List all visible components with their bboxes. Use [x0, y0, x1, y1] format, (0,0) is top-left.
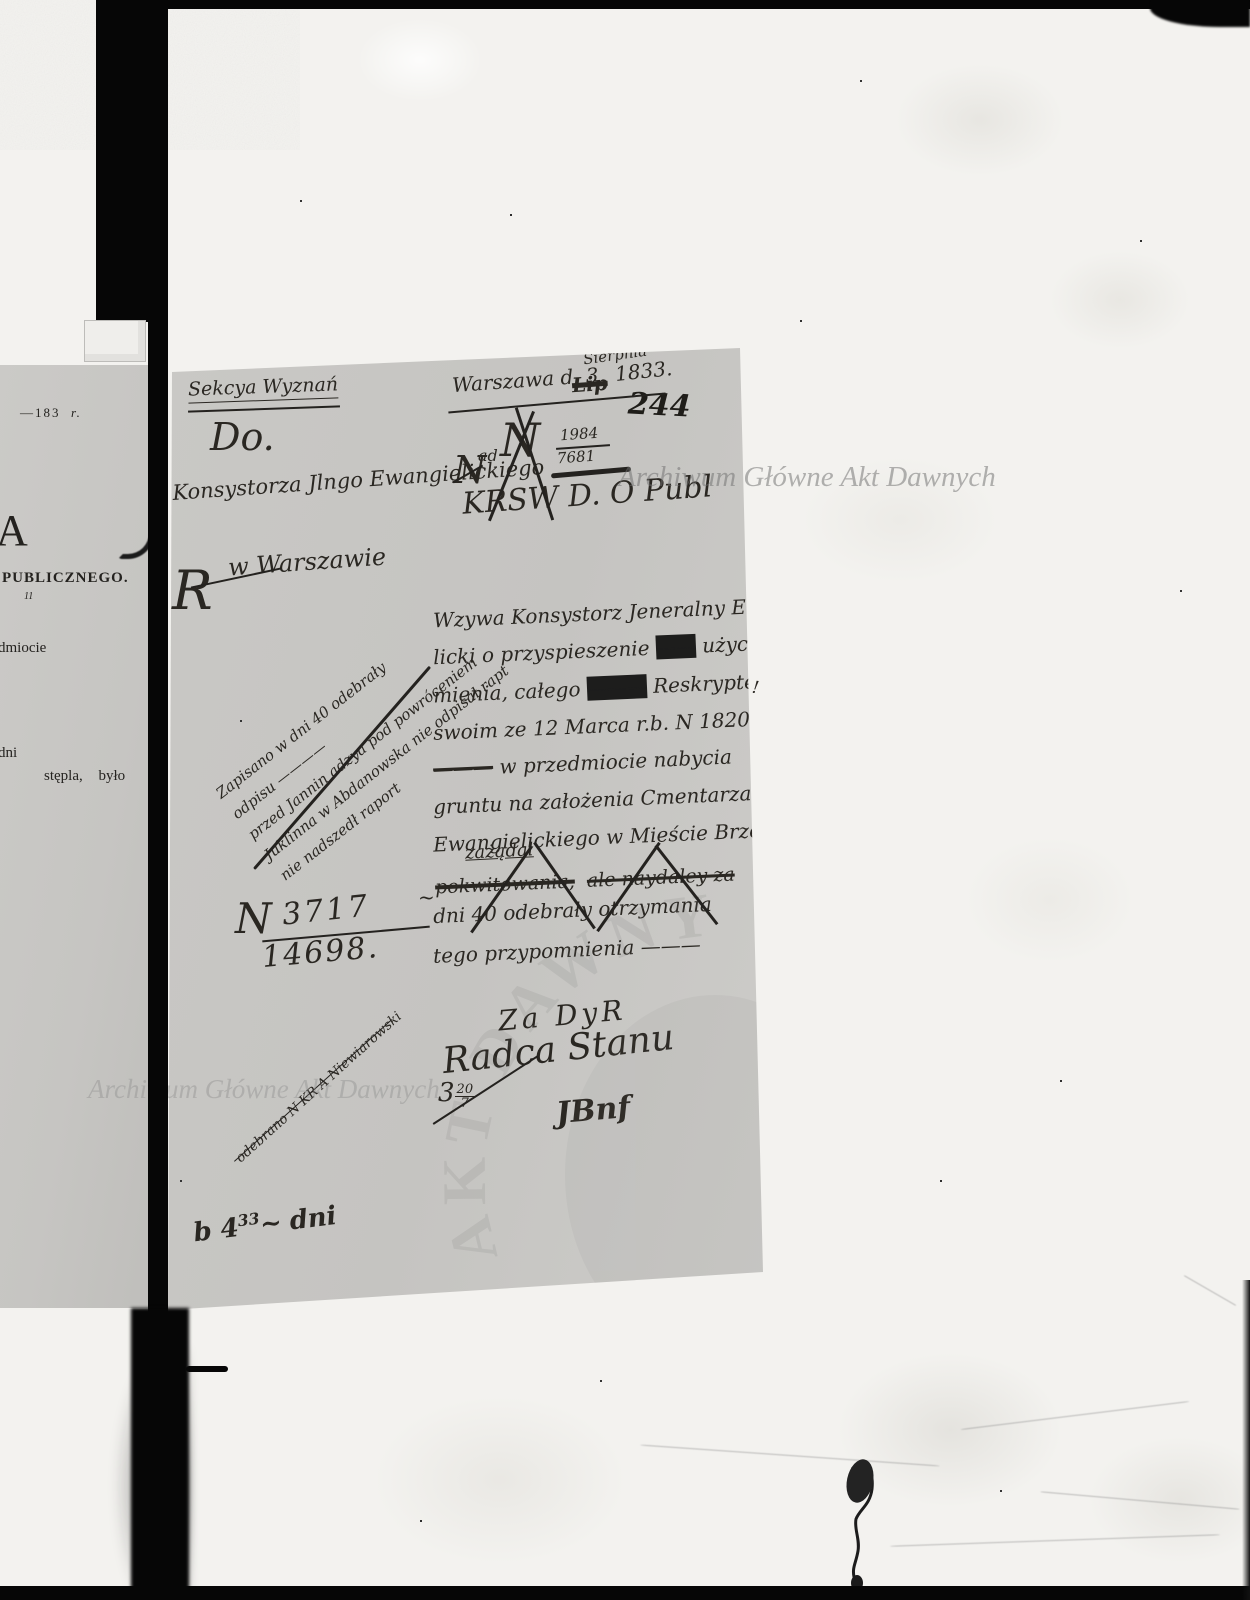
initial-flourish: R: [172, 559, 213, 622]
bottom-note-b: b 4: [192, 1213, 241, 1248]
bottom-note: b 433~dni: [192, 1199, 339, 1248]
archival-scan-page: { "watermarks": { "line_top": "Archiwum …: [0, 0, 1250, 1600]
registry-n-sign: N: [235, 894, 272, 943]
bottom-note-swash: ~: [258, 1207, 291, 1240]
body-line-6: gruntu na założenia Cmentarza: [433, 781, 752, 819]
paper-tab: [84, 320, 146, 362]
body-line-3-blot: ———: [586, 674, 647, 701]
dateline-year: 1833.: [614, 356, 673, 386]
left-printed-page-fragment: —183 r. A PUBLICZNEGO. 11 dmiocie dni st…: [0, 365, 152, 1308]
printed-cut-word-2: dni: [0, 745, 17, 762]
registry-top-number: 3717: [280, 888, 372, 932]
body-line-6-text: gruntu na założenia Cmentarza: [433, 781, 752, 819]
book-spine-upper-bar: [96, 0, 150, 322]
bottom-frame-edge: [0, 1586, 1250, 1600]
printed-page-number: —183 r.: [20, 405, 82, 421]
printed-cut-word-3: stępla, było: [44, 768, 125, 785]
body-line-2-blot: ——: [655, 634, 696, 660]
right-frame-edge: [1242, 1280, 1250, 1600]
body-line-5: ——— w przedmiocie nabycia: [433, 744, 733, 781]
book-spine-gutter: [148, 0, 168, 1312]
reference-denominator: 7681: [556, 447, 595, 468]
top-frame-edge: [150, 0, 1250, 9]
section-header-underline: [188, 405, 340, 412]
section-header: Sekcya Wyznań: [188, 373, 339, 403]
watermark-line-bottom: Archiwum Główne Akt Dawnych: [88, 1074, 440, 1105]
addressee-line-2: w Warszawie: [227, 543, 387, 582]
bottom-note-sup: 33: [237, 1209, 261, 1231]
printed-page-number-side: r.: [71, 405, 82, 420]
bottom-note-dni: dni: [288, 1201, 338, 1237]
spine-tick-mark: [186, 1366, 228, 1372]
printed-title-footnote: 11: [24, 591, 33, 602]
printed-large-letter: A: [0, 505, 28, 556]
ink-blot: [830, 1455, 910, 1595]
body-line-5-post: w przedmiocie nabycia: [493, 744, 733, 778]
watermark-line-top: Archiwum Główne Akt Dawnych: [618, 461, 996, 494]
printed-cut-word-1: dmiocie: [0, 640, 46, 657]
printed-title-fragment: PUBLICZNEGO.: [2, 570, 129, 587]
book-spine-lower-bar: [131, 1308, 189, 1590]
dust-specks: [300, 200, 302, 202]
dateline-struck-month: Lip: [571, 371, 608, 397]
reference-numerator: 1984: [559, 424, 598, 445]
salutation: Do.: [210, 415, 275, 459]
